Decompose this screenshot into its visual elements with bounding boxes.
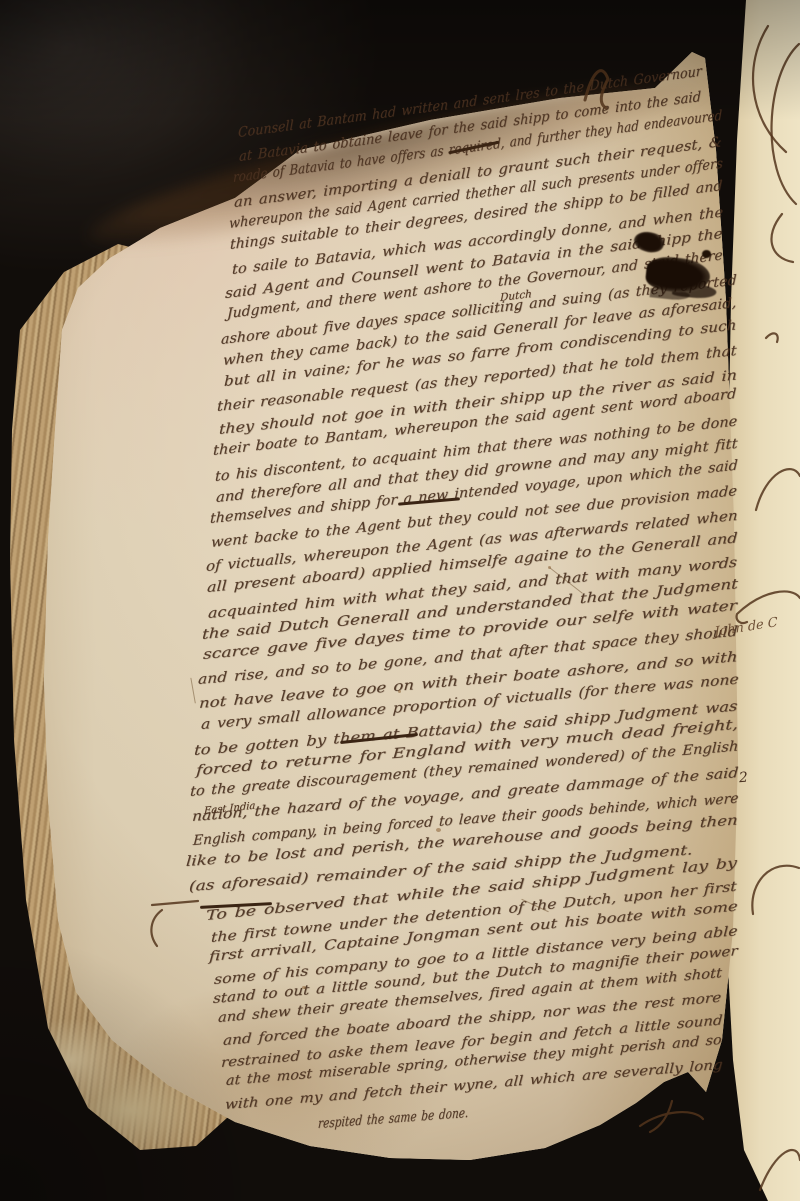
manuscript-line: respited the same be done. bbox=[318, 1107, 469, 1132]
caret-mark: ^ bbox=[513, 307, 522, 318]
foxing-speck bbox=[398, 690, 401, 693]
facing-page-number: 2 bbox=[738, 770, 748, 787]
handwritten-text-block: Counsell at Bantam had written and sent … bbox=[0, 0, 800, 1201]
foxing-speck bbox=[302, 986, 306, 989]
ink-blot bbox=[702, 250, 711, 258]
photo-of-manuscript: Counsell at Bantam had written and sent … bbox=[0, 0, 800, 1201]
foxing-speck bbox=[436, 828, 441, 832]
